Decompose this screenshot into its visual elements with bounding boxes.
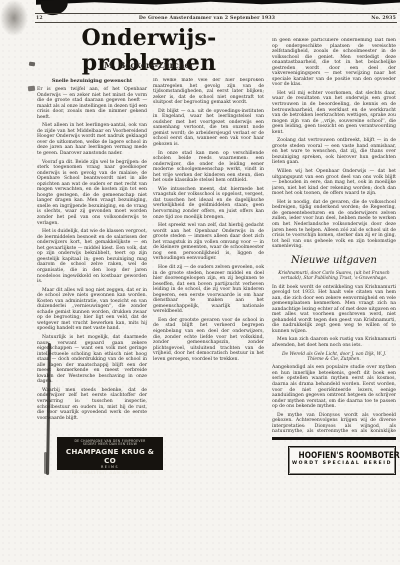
paragraph: In geen enkele particuliere onderneming … — [272, 38, 396, 88]
column-3-text: In geen enkele particuliere onderneming … — [272, 38, 396, 250]
hoofien-roomboter-ad: HOOFIEN'S ROOMBOTER WORDT SPECIAAL BEREI… — [288, 446, 396, 475]
review-1-text: In dit boek wordt de ontwikkeling van Kr… — [272, 285, 396, 349]
champagne-krug-ad: DE CHAMPAGNE VAN DEN FIJNPROEVER SEDERT … — [57, 437, 163, 470]
scan-artifact-streak — [44, 452, 47, 474]
review-citation: Krishnamurti, door Carlo Suares, (uit he… — [278, 271, 390, 282]
article-subhead: Snelle bezuiniging gewenscht — [37, 78, 147, 84]
issue-number: No. 2935 — [371, 16, 396, 21]
paragraph: Het spreekt wel van zelf, dat hierbij ge… — [153, 223, 264, 262]
scan-artifact-mark — [28, 86, 35, 92]
review-2-text: Aangekondigd als een populaire studie ov… — [272, 365, 396, 434]
paragraph: Het wil mij echter voorkomen, dat slecht… — [272, 91, 396, 135]
column-2-text: In welke mate vele der hier besproken ma… — [153, 78, 264, 362]
running-head: 12 De Groene Amsterdammer van 2 Septembe… — [35, 13, 397, 23]
newspaper-page: 12 De Groene Amsterdammer van 2 Septembe… — [0, 0, 400, 565]
paragraph: Vooraf ga dit. Beide zijn wel te begrijp… — [37, 160, 147, 227]
paragraph: Natuurlijk is het mogelijk, dat daarmede… — [37, 335, 147, 385]
reviews-section-title: Nieuwe uitgaven — [272, 255, 396, 266]
paragraph: Dit blijkt — o.a. uit de opvoedings-inst… — [153, 109, 264, 148]
champagne-ad-brand: CHAMPAGNE KRUG & CO — [59, 448, 161, 465]
paragraph: Waarbij men steeds bedenke, dat de onder… — [37, 388, 147, 421]
paragraph: Aangekondigd als een populaire studie ov… — [272, 365, 396, 409]
paragraph: In dit boek wordt de ontwikkeling van Kr… — [272, 285, 396, 335]
paragraph: Men kan zich daarom ook rustig van Krish… — [272, 337, 396, 348]
paragraph: Er is geen twijfel aan, of het Openbaar … — [37, 87, 147, 120]
paragraph: In onze stad kan men op verschillende sc… — [153, 151, 264, 184]
review-citation: De Wereld als Gele Licht, door J. van Di… — [278, 352, 390, 363]
paragraph: Het is noodig, dat de gevaren, die de vo… — [272, 200, 396, 250]
article-byline: M. Beckers-Zürcher — [33, 60, 265, 70]
article-column-1: Snelle bezuiniging gewenscht Er is geen … — [37, 78, 147, 430]
paragraph: Maar dit alles wil nog niet zeggen, dat … — [37, 288, 147, 332]
article-column-2: In welke mate vele der hier besproken ma… — [153, 78, 264, 474]
champagne-ad-slogan: IN KWALITEIT AAN DE SPITS! — [59, 470, 161, 475]
paragraph: Hoe dit zij — de ouders zelven gevoelen,… — [153, 265, 264, 315]
masthead: De Groene Amsterdammer van 2 September 1… — [139, 16, 275, 21]
paragraph: Het is duidelijk, dat wie de klassen ver… — [37, 229, 147, 284]
scan-artifact-corner-smudge — [0, 0, 34, 44]
paragraph: Wie intusschen meent, dat hiermede het v… — [153, 187, 264, 220]
hoofien-ad-name: HOOFIEN'S ROOMBOTER — [299, 451, 386, 461]
paragraph: Een der grootste gevaren voor de school … — [153, 318, 264, 362]
paragraph: De mythe van Dionysos wordt als voorbeel… — [272, 413, 396, 434]
article-column-3: In geen enkele particuliere onderneming … — [272, 38, 396, 434]
paragraph: In welke mate vele der hier besproken ma… — [153, 78, 264, 106]
page-number: 12 — [36, 16, 43, 21]
column-divider-rule — [272, 437, 396, 440]
paragraph: Zoolang dat vertrouwen ontbreekt, blijft… — [272, 138, 396, 166]
paragraph: Niet alleen in het leerlingen-aantal, oo… — [37, 123, 147, 156]
paragraph: Willen wij het Openbaar Onderwijs — dat … — [272, 169, 396, 197]
scan-artifact-top-band — [36, 0, 400, 5]
hoofien-ad-slogan: WORDT SPECIAAL BEREID — [289, 461, 395, 467]
column-1-text: Er is geen twijfel aan, of het Openbaar … — [37, 87, 147, 421]
